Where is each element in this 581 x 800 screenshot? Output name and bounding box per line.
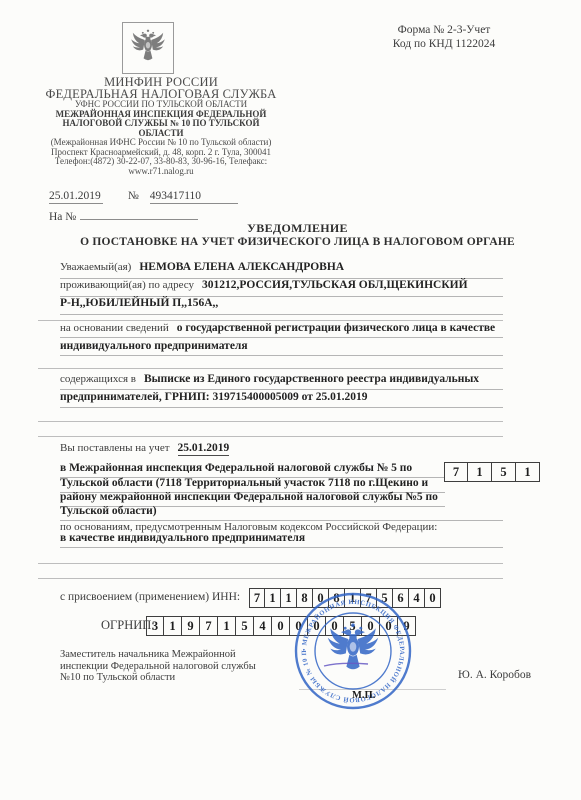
authority-value-4: Тульской области) xyxy=(60,505,157,517)
separator-line xyxy=(38,320,503,321)
signer-name: Ю. А. Коробов xyxy=(458,669,531,681)
coat-of-arms-box xyxy=(122,22,174,74)
separator-line xyxy=(38,368,503,369)
blank-entry-line xyxy=(38,421,503,422)
authority-line-1: в Межрайонная инспекция Федеральной нало… xyxy=(60,462,445,478)
code-digit-cell: 0 xyxy=(425,588,441,608)
double-eagle-emblem-icon xyxy=(128,26,168,70)
code-digit-cell: 1 xyxy=(164,616,182,636)
capacity-value: в качестве индивидуального предпринимате… xyxy=(60,532,305,544)
registered-label: Вы поставлены на учет xyxy=(60,442,170,454)
contained-value-2: предпринимателей, ГРНИП: 319715400005009… xyxy=(60,391,367,403)
authority-value-2: Тульской области (7118 Территориальный у… xyxy=(60,477,428,489)
code-digit-cell: 5 xyxy=(236,616,254,636)
code-digit-cell: 7 xyxy=(444,462,468,482)
number-sign: № xyxy=(128,190,139,202)
reference-row: 25.01.2019 № 493417110 xyxy=(49,190,238,204)
knd-code: Код по КНД 1122024 xyxy=(359,37,529,51)
document-date: 25.01.2019 xyxy=(49,190,103,204)
basis-line-1: на основании сведенийо государственной р… xyxy=(60,322,503,338)
salutation-label: Уважаемый(ая) xyxy=(60,261,131,273)
signer-post-line: инспекции Федеральной налоговой службы xyxy=(60,661,300,673)
address-line-2: Р-Н,,ЮБИЛЕЙНЫЙ П,,156А,, xyxy=(60,297,503,315)
code-digit-cell: 7 xyxy=(200,616,218,636)
blank-entry-line xyxy=(38,436,503,437)
form-code-block: Форма № 2-3-Учет Код по КНД 1122024 xyxy=(359,23,529,51)
blank-entry-line xyxy=(38,563,503,564)
code-digit-cell: 7 xyxy=(249,588,265,608)
issuer-website: www.r71.nalog.ru xyxy=(5,167,317,177)
contained-line-2: предпринимателей, ГРНИП: 319715400005009… xyxy=(60,391,503,408)
code-digit-cell: 3 xyxy=(146,616,164,636)
address-label: проживающий(ая) по адресу xyxy=(60,279,194,291)
contained-label: содержащихся в xyxy=(60,373,136,385)
document-title: УВЕДОМЛЕНИЕ xyxy=(45,221,550,236)
document-subtitle: О ПОСТАНОВКЕ НА УЧЕТ ФИЗИЧЕСКОГО ЛИЦА В … xyxy=(45,236,550,248)
stamp-place-mark: М.П. xyxy=(352,690,375,701)
document-number: 493417110 xyxy=(150,190,238,204)
authority-line-4: Тульской области) xyxy=(60,505,503,521)
form-number: Форма № 2-3-Учет xyxy=(359,23,529,37)
code-digit-cell: 1 xyxy=(265,588,281,608)
basis-line-2: индивидуального предпринимателя xyxy=(60,340,503,356)
authority-value-1: в Межрайонная инспекция Федеральной нало… xyxy=(60,462,412,474)
inn-label: с присвоением (применением) ИНН: xyxy=(60,591,240,603)
code-digit-cell: 5 xyxy=(492,462,516,482)
reply-to-blank-line xyxy=(80,207,198,220)
registered-date: 25.01.2019 xyxy=(178,442,230,456)
pen-signature-stroke xyxy=(324,663,368,666)
code-digit-cell: 1 xyxy=(516,462,540,482)
registered-line: Вы поставлены на учет25.01.2019 xyxy=(60,442,503,459)
authority-value-3: району межрайонной инспекции Федеральной… xyxy=(60,491,438,503)
signer-post-line: №10 по Тульской области xyxy=(60,672,300,684)
document-page: Форма № 2-3-Учет Код по КНД 1122024 МИНФ… xyxy=(0,0,581,800)
person-name: НЕМОВА ЕЛЕНА АЛЕКСАНДРОВНА xyxy=(139,261,344,273)
contained-line-1: содержащихся вВыписке из Единого государ… xyxy=(60,373,503,390)
capacity-line: в качестве индивидуального предпринимате… xyxy=(60,532,503,548)
address-line-1: проживающий(ая) по адресу301212,РОССИЯ,Т… xyxy=(60,279,503,297)
code-digit-cell: 9 xyxy=(182,616,200,636)
code-digit-cell: 1 xyxy=(218,616,236,636)
blank-entry-line xyxy=(38,578,503,579)
code-digit-cell: 0 xyxy=(272,616,290,636)
salutation-line: Уважаемый(ая)НЕМОВА ЕЛЕНА АЛЕКСАНДРОВНА xyxy=(60,261,503,279)
code-digit-cell: 4 xyxy=(254,616,272,636)
address-value-1: 301212,РОССИЯ,ТУЛЬСКАЯ ОБЛ,ЩЕКИНСКИЙ xyxy=(202,279,468,291)
signer-post-block: Заместитель начальника Межрайонной инспе… xyxy=(60,649,300,684)
basis-label: на основании сведений xyxy=(60,322,169,334)
signer-post-line: Заместитель начальника Межрайонной xyxy=(60,649,300,661)
basis-value-2: индивидуального предпринимателя xyxy=(60,340,248,352)
issuing-authority-block: МИНФИН РОССИИ ФЕДЕРАЛЬНАЯ НАЛОГОВАЯ СЛУЖ… xyxy=(5,76,317,176)
code-digit-cell: 1 xyxy=(468,462,492,482)
address-value-2: Р-Н,,ЮБИЛЕЙНЫЙ П,,156А,, xyxy=(60,297,218,309)
basis-value-1: о государственной регистрации физическог… xyxy=(177,322,495,334)
contained-value-1: Выписке из Единого государственного реес… xyxy=(144,373,479,385)
authority-code-boxes: 7151 xyxy=(444,462,540,482)
